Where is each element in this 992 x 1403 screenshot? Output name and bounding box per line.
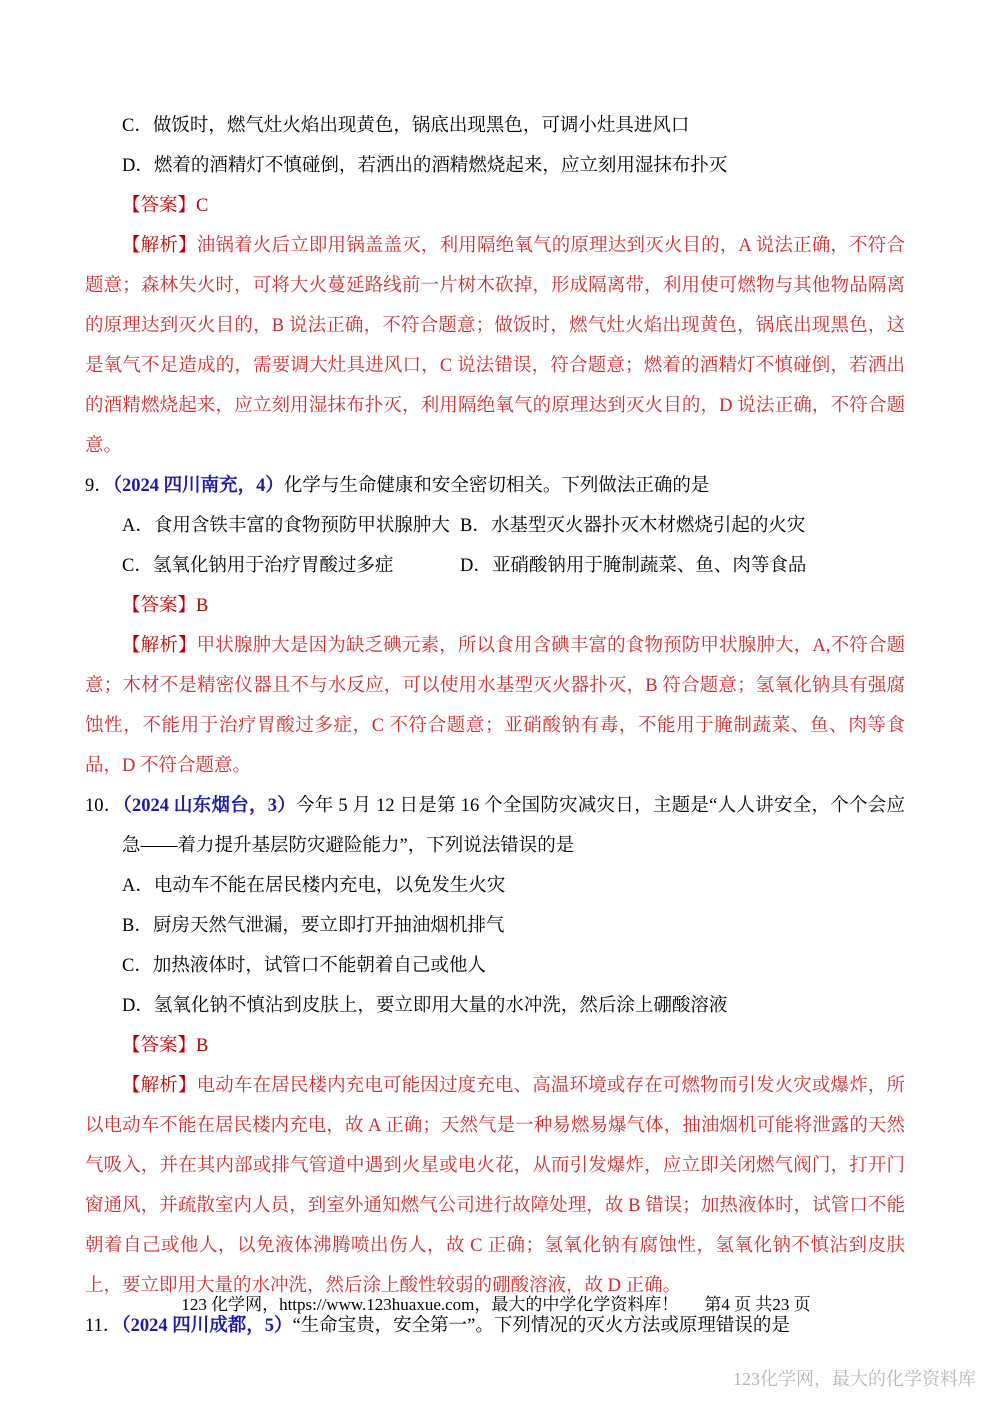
question9-options-row1: A．食用含铁丰富的食物预防甲状腺肿大 B．水基型灭火器扑灭木材燃烧引起的火灾 (85, 506, 905, 546)
analysis-label: 【解析】 (122, 236, 197, 256)
answer-value: B (196, 1036, 208, 1056)
question8-answer-line: 【答案】C (85, 186, 905, 226)
answer-label: 【答案】 (122, 596, 196, 616)
question11-source: （2024 四川成都，5） (121, 1316, 292, 1336)
question9-source: （2024 四川南充，4） (113, 476, 284, 496)
question8-option-d: D．燃着的酒精灯不慎碰倒，若洒出的酒精燃烧起来，应立刻用湿抹布扑灭 (85, 146, 905, 186)
question9-option-b: B．水基型灭火器扑灭木材燃烧引起的火灾 (460, 506, 905, 546)
analysis-text: 甲状腺肿大是因为缺乏碘元素，所以食用含碘丰富的食物预防甲状腺肿大，A,不符合题意… (85, 636, 905, 776)
question9-option-d: D．亚硝酸钠用于腌制蔬菜、鱼、肉等食品 (460, 546, 905, 586)
question10-option-a: A．电动车不能在居民楼内充电，以免发生火灾 (85, 866, 905, 906)
analysis-text: 电动车在居民楼内充电可能因过度充电、高温环境或存在可燃物而引发火灾或爆炸，所以电… (85, 1076, 905, 1296)
analysis-text: 油锅着火后立即用锅盖盖灭，利用隔绝氧气的原理达到灭火目的，A 说法正确，不符合题… (85, 236, 905, 456)
question10-option-c: C．加热液体时，试管口不能朝着自己或他人 (85, 946, 905, 986)
footer-site-text: 123 化学网，https://www.123huaxue.com，最大的中学化… (181, 1295, 678, 1314)
question10-option-b: B．厨房天然气泄漏，要立即打开抽油烟机排气 (85, 906, 905, 946)
question8-analysis: 【解析】油锅着火后立即用锅盖盖灭，利用隔绝氧气的原理达到灭火目的，A 说法正确，… (85, 226, 905, 466)
corner-watermark: 123化学网，最大的化学资料库 (733, 1365, 976, 1391)
footer-page-indicator: 第4 页 共23 页 (704, 1295, 810, 1314)
question9-option-a: A．食用含铁丰富的食物预防甲状腺肿大 (85, 506, 460, 546)
answer-value: C (196, 196, 208, 216)
question11-number: 11． (85, 1316, 121, 1336)
question9-stem: 化学与生命健康和安全密切相关。下列做法正确的是 (284, 476, 710, 496)
question9-analysis: 【解析】甲状腺肿大是因为缺乏碘元素，所以食用含碘丰富的食物预防甲状腺肿大，A,不… (85, 626, 905, 786)
question9-number: 9． (85, 476, 113, 496)
answer-value: B (196, 596, 208, 616)
question10-number: 10． (85, 796, 123, 816)
question10-stem-line: 10．（2024 山东烟台，3）今年 5 月 12 日是第 16 个全国防灾减灾… (85, 786, 905, 866)
analysis-label: 【解析】 (122, 1076, 197, 1096)
question10-answer-line: 【答案】B (85, 1026, 905, 1066)
page-content: C．做饭时，燃气灶火焰出现黄色，锅底出现黑色，可调小灶具进风口 D．燃着的酒精灯… (85, 0, 905, 1346)
question10-analysis: 【解析】电动车在居民楼内充电可能因过度充电、高温环境或存在可燃物而引发火灾或爆炸… (85, 1066, 905, 1306)
document-page: C．做饭时，燃气灶火焰出现黄色，锅底出现黑色，可调小灶具进风口 D．燃着的酒精灯… (0, 0, 992, 1403)
page-footer: 123 化学网，https://www.123huaxue.com，最大的中学化… (0, 1294, 992, 1316)
question8-option-c: C．做饭时，燃气灶火焰出现黄色，锅底出现黑色，可调小灶具进风口 (85, 106, 905, 146)
question10-option-d: D．氢氧化钠不慎沾到皮肤上，要立即用大量的水冲洗，然后涂上硼酸溶液 (85, 986, 905, 1026)
question9-stem-line: 9．（2024 四川南充，4）化学与生命健康和安全密切相关。下列做法正确的是 (85, 466, 905, 506)
answer-label: 【答案】 (122, 196, 196, 216)
question9-options-row2: C．氢氧化钠用于治疗胃酸过多症 D．亚硝酸钠用于腌制蔬菜、鱼、肉等食品 (85, 546, 905, 586)
question9-option-c: C．氢氧化钠用于治疗胃酸过多症 (85, 546, 460, 586)
question11-stem: “生命宝贵，安全第一”。下列情况的灭火方法或原理错误的是 (292, 1316, 789, 1336)
answer-label: 【答案】 (122, 1036, 196, 1056)
question10-source: （2024 山东烟台，3） (123, 796, 296, 816)
analysis-label: 【解析】 (122, 636, 197, 656)
question9-answer-line: 【答案】B (85, 586, 905, 626)
